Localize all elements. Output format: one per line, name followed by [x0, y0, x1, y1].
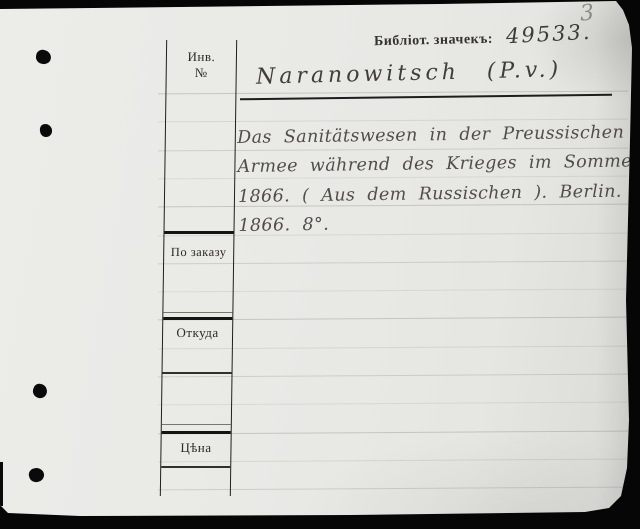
catalog-card: 3 Библіот. значекъ: 49533. Naranowitsch …	[0, 0, 640, 529]
section-divider	[161, 466, 230, 468]
order-label: По заказу	[164, 245, 233, 260]
section-divider	[163, 372, 232, 374]
hole-punch	[27, 466, 45, 483]
price-label: Цѣна	[161, 440, 230, 456]
paper-edge-shadow	[0, 462, 3, 506]
scan-background: 3 Библіот. значекъ: 49533. Naranowitsch …	[0, 0, 640, 529]
entry-line-4: 1866. 8°.	[238, 207, 638, 242]
hole-punch	[35, 49, 53, 66]
ledger-column: Инв. № По заказу Откуда Цѣна	[160, 40, 237, 496]
section-divider	[163, 312, 232, 313]
inventory-number-label: Инв.	[167, 49, 236, 65]
origin-label: Откуда	[163, 325, 232, 341]
section-divider	[163, 317, 232, 320]
author-heading: Naranowitsch (P.v.)	[256, 57, 563, 89]
section-divider	[162, 431, 231, 434]
section-divider	[164, 231, 233, 234]
section-divider	[162, 424, 231, 425]
hole-punch	[39, 123, 53, 138]
library-stamp-label: Библіот. значекъ:	[374, 32, 493, 50]
hole-punch	[31, 382, 49, 400]
author-underline	[240, 94, 612, 101]
bibliographic-entry: Das Sanitätswesen in der Preussischen Ar…	[237, 118, 639, 241]
entry-line-3: 1866. ( Aus dem Russischen ). Berlin.	[238, 177, 638, 212]
library-stamp-number: 49533.	[505, 20, 592, 48]
inventory-number-sign: №	[167, 65, 236, 81]
